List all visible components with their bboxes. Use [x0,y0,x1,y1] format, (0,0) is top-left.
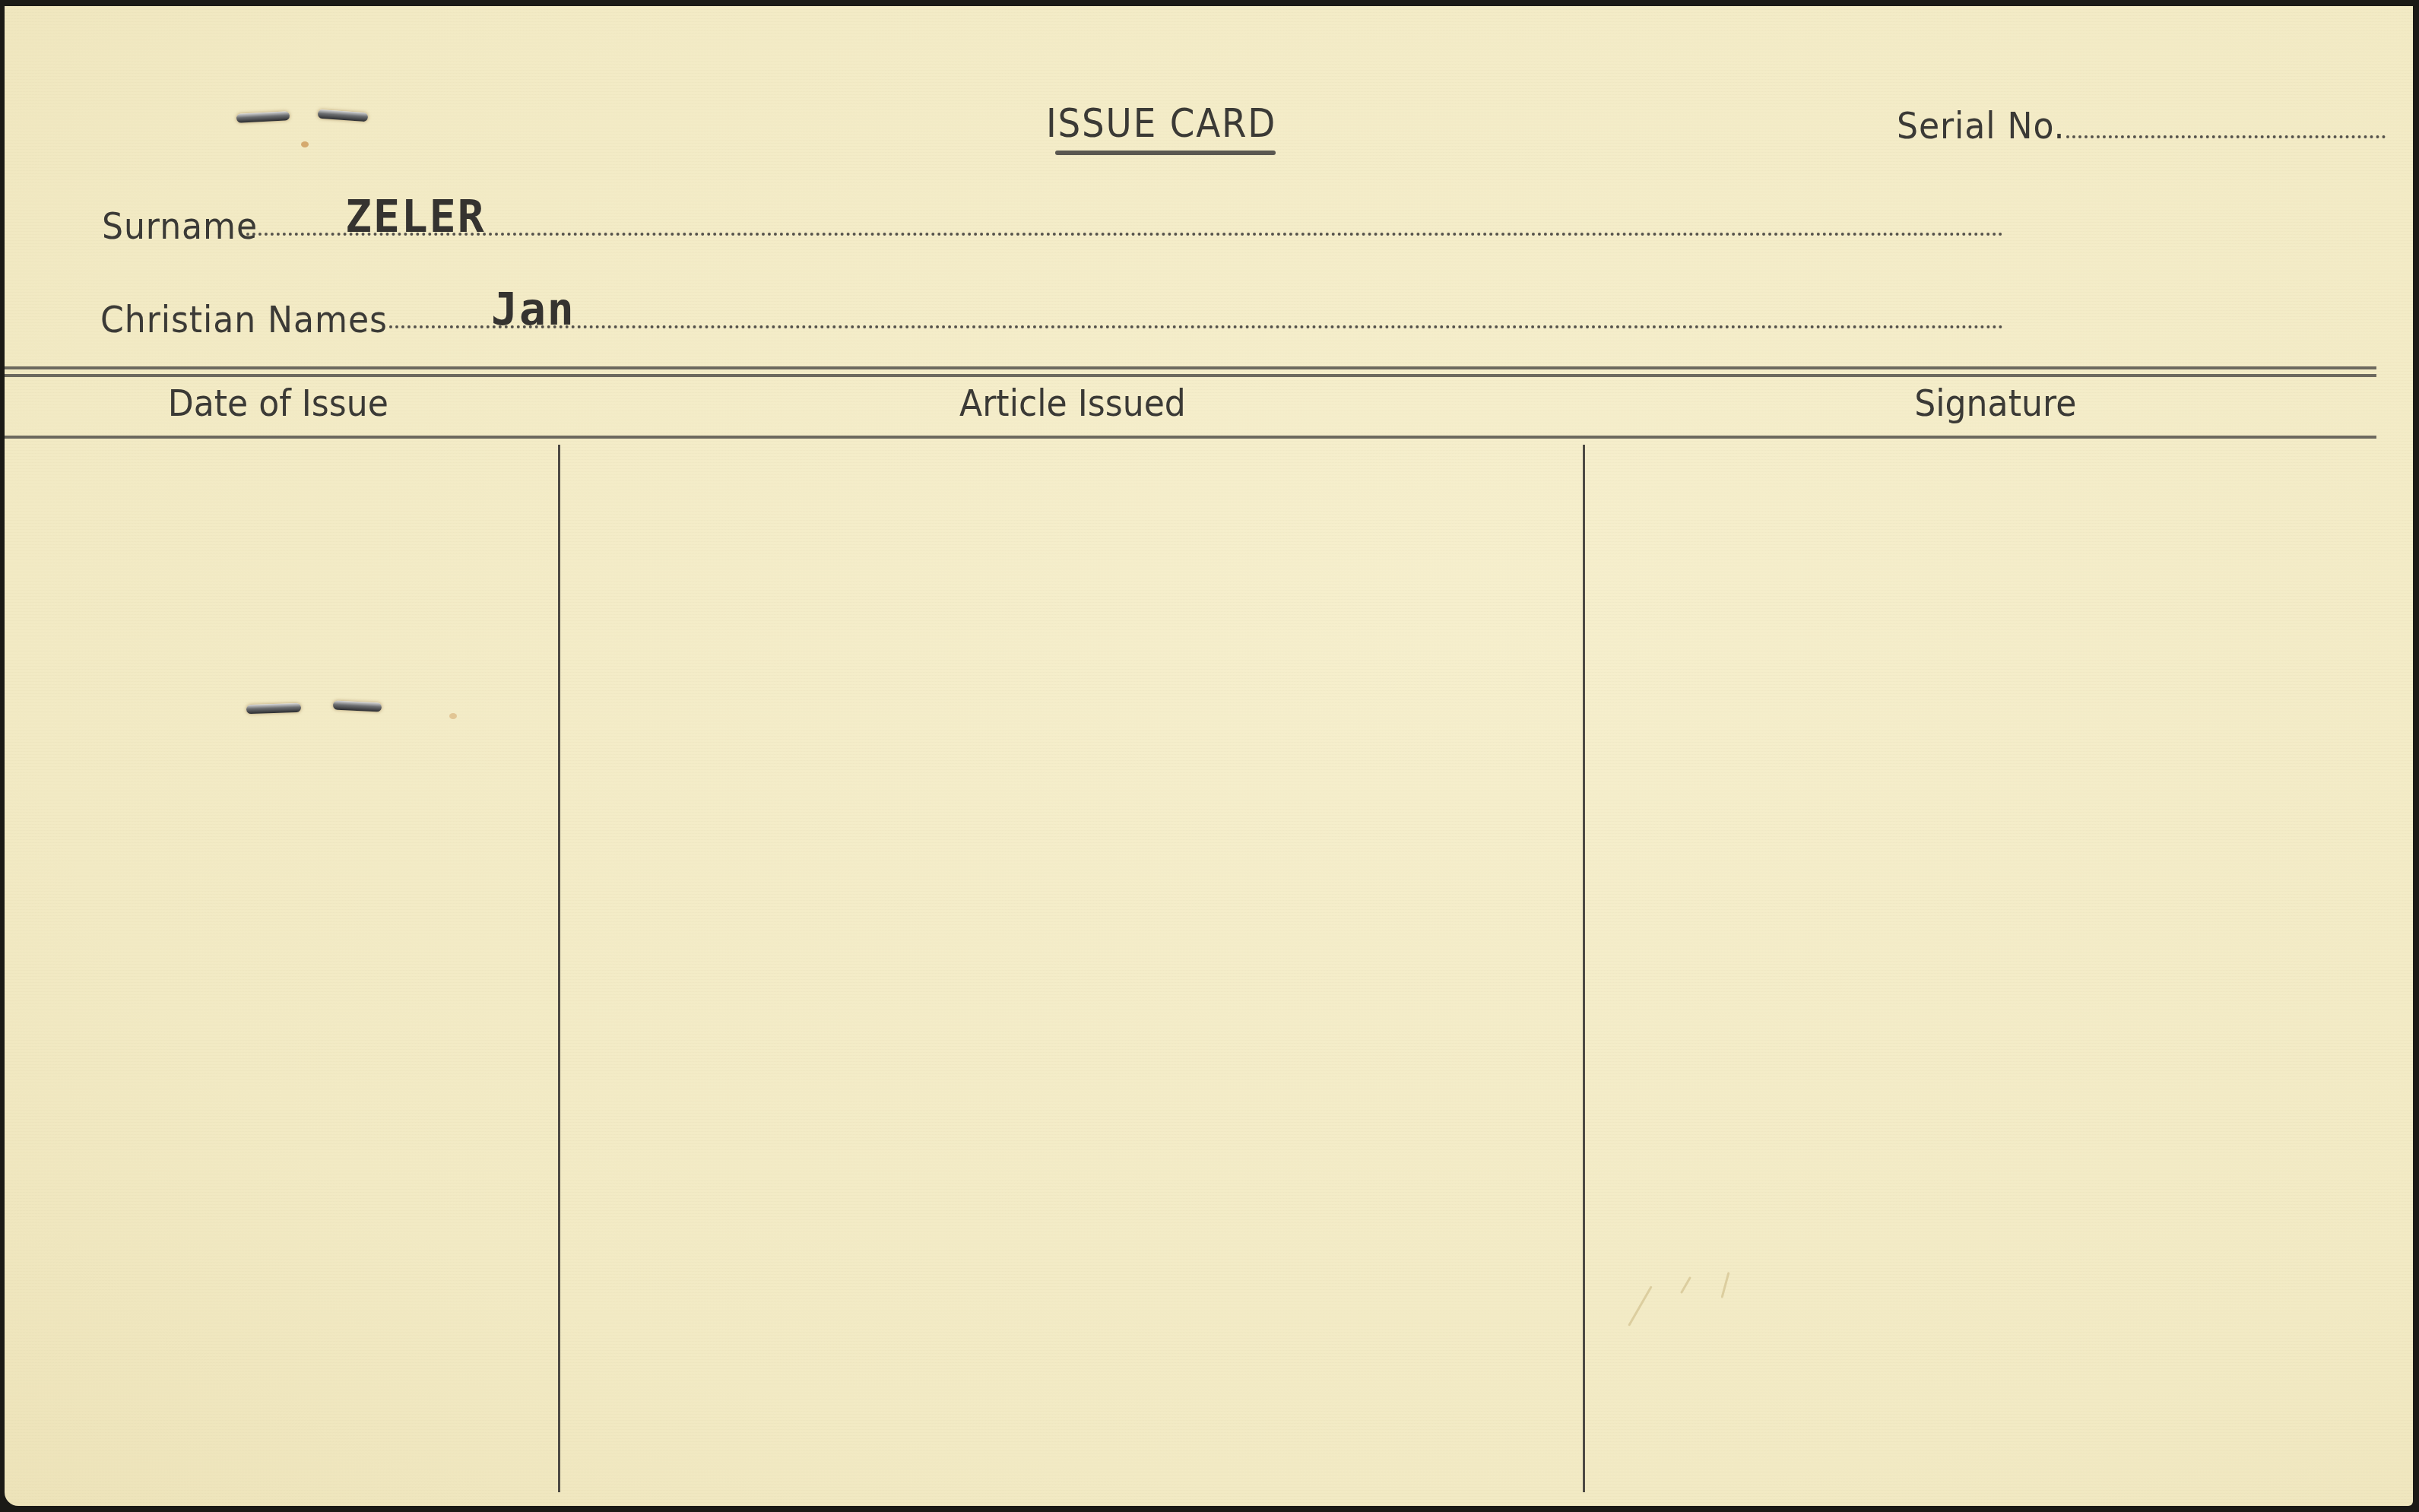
column-divider-1 [558,445,560,1492]
column-header-signature: Signature [1914,382,2076,425]
surname-value: ZELER [345,191,486,242]
christian-names-label: Christian Names [100,299,388,341]
christian-names-field[interactable] [389,325,2004,328]
date-of-issue-column[interactable] [5,443,559,1496]
serial-no-field[interactable] [2066,135,2386,138]
serial-no-label: Serial No. [1897,105,2066,147]
card-title: ISSUE CARD [1046,101,1276,147]
christian-names-value: Jan [491,284,575,335]
header-rule-top [5,366,2376,369]
article-issued-column[interactable] [561,443,1583,1496]
surname-label: Surname [102,205,258,248]
column-header-article-issued: Article Issued [959,382,1186,425]
column-header-date-of-issue: Date of Issue [168,382,388,425]
surname-field[interactable] [246,233,2004,236]
title-underline [1055,151,1276,155]
column-divider-2 [1583,445,1585,1492]
header-rule-second [5,374,2376,377]
issue-card: ISSUE CARD Serial No. Surname ZELER Chri… [5,6,2413,1506]
signature-column[interactable] [1586,443,2376,1496]
header-rule-bottom [5,436,2376,439]
